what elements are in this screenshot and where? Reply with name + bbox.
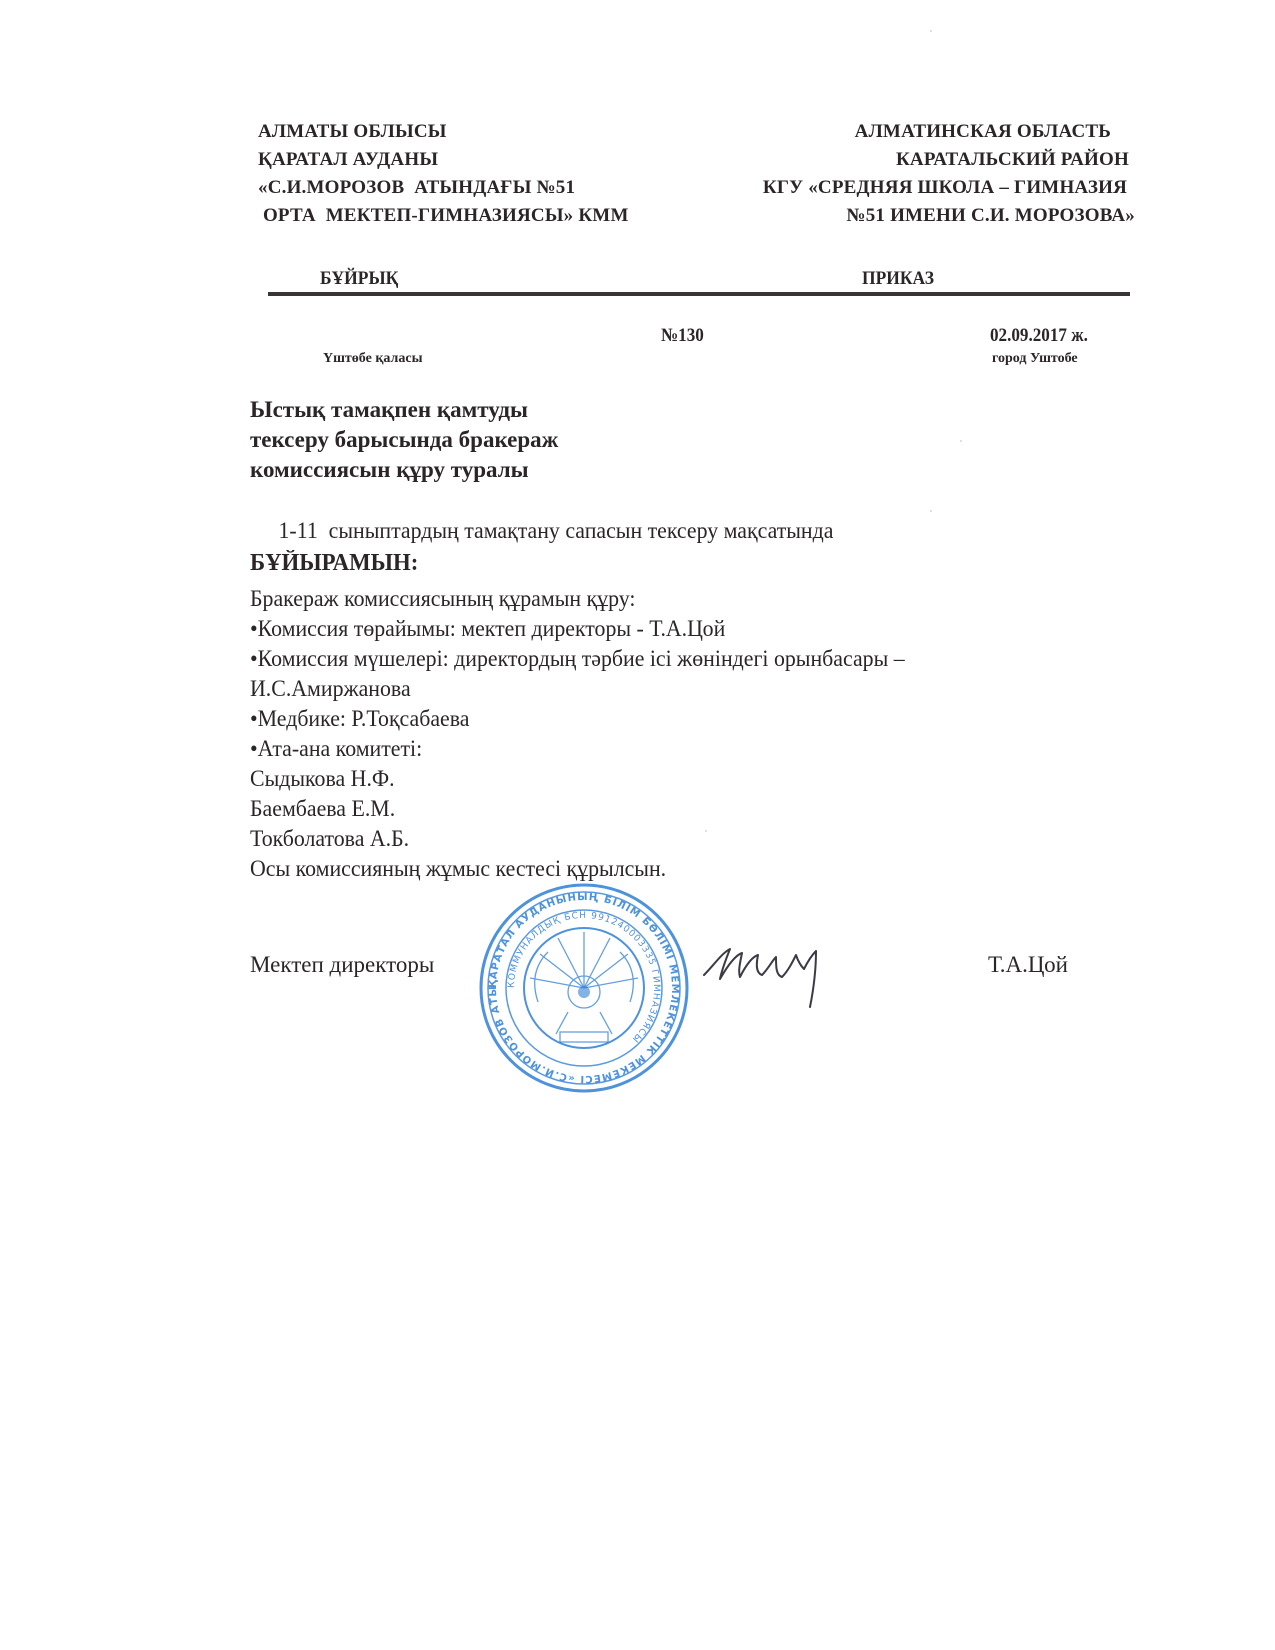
body-line-chair: •Комиссия төрайымы: мектеп директоры - Т…: [250, 614, 905, 644]
scan-artifact: [705, 830, 707, 832]
city-russian: город Уштобе: [992, 351, 1078, 367]
handwritten-signature-icon: [700, 935, 830, 1015]
body-line-closing: Осы комиссияның жұмыс кестесі құрылсын.: [250, 854, 905, 884]
subject-line: тексеру барысында бракераж: [250, 425, 558, 455]
parent-member: Баембаева Е.М.: [250, 794, 905, 824]
scan-artifact: [930, 30, 932, 32]
header-kz-line: ОРТА МЕКТЕП-ГИМНАЗИЯСЫ» КММ: [258, 202, 629, 230]
order-intro: 1-11 сыныптардың тамақтану сапасын тексе…: [250, 516, 833, 546]
body-line: И.С.Амиржанова: [250, 674, 905, 704]
header-russian: АЛМАТИНСКАЯ ОБЛАСТЬ КАРАТАЛЬСКИЙ РАЙОН К…: [763, 118, 1135, 230]
official-stamp-icon: ҚАРАТАЛ АУДАНЫНЫҢ БІЛІМ БӨЛІМІ МЕМЛЕКЕТТ…: [478, 882, 690, 1094]
body-line-nurse: •Медбике: Р.Тоқсабаева: [250, 704, 905, 734]
parent-member: Токболатова А.Б.: [250, 824, 905, 854]
order-directive: БҰЙЫРАМЫН:: [250, 548, 418, 578]
signature-role: Мектеп директоры: [250, 952, 434, 978]
header-ru-line: АЛМАТИНСКАЯ ОБЛАСТЬ: [763, 118, 1111, 146]
scan-artifact: [930, 510, 932, 512]
order-title-kazakh: БҰЙРЫҚ: [320, 268, 398, 290]
subject-line: комиссиясын құру туралы: [250, 455, 558, 485]
header-ru-line: №51 ИМЕНИ С.И. МОРОЗОВА»: [763, 202, 1135, 230]
scan-artifact: [960, 440, 962, 442]
order-subject: Ыстық тамақпен қамтуды тексеру барысында…: [250, 395, 558, 485]
order-title-russian: ПРИКАЗ: [862, 268, 934, 290]
subject-line: Ыстық тамақпен қамтуды: [250, 395, 558, 425]
header-ru-line: КАРАТАЛЬСКИЙ РАЙОН: [763, 146, 1129, 174]
header-ru-line: КГУ «СРЕДНЯЯ ШКОЛА – ГИМНАЗИЯ: [763, 174, 1127, 202]
body-line: Бракераж комиссиясының құрамын құру:: [250, 584, 905, 614]
order-number: №130: [661, 325, 704, 347]
order-date: 02.09.2017 ж.: [990, 325, 1088, 347]
header-kz-line: «С.И.МОРОЗОВ АТЫНДАҒЫ №51: [258, 174, 629, 202]
city-kazakh: Үштөбе қаласы: [323, 351, 423, 367]
commission-list: Бракераж комиссиясының құрамын құру: •Ко…: [250, 584, 905, 884]
header-divider: [268, 292, 1130, 296]
header-kz-line: АЛМАТЫ ОБЛЫСЫ: [258, 118, 629, 146]
body-line-members: •Комиссия мүшелері: директордың тәрбие і…: [250, 644, 905, 674]
header-kz-line: ҚАРАТАЛ АУДАНЫ: [258, 146, 629, 174]
parent-member: Сыдыкова Н.Ф.: [250, 764, 905, 794]
body-line-parents: •Ата-ана комитеті:: [250, 734, 905, 764]
header-kazakh: АЛМАТЫ ОБЛЫСЫ ҚАРАТАЛ АУДАНЫ «С.И.МОРОЗО…: [258, 118, 629, 230]
signature-name: Т.А.Цой: [988, 952, 1068, 978]
